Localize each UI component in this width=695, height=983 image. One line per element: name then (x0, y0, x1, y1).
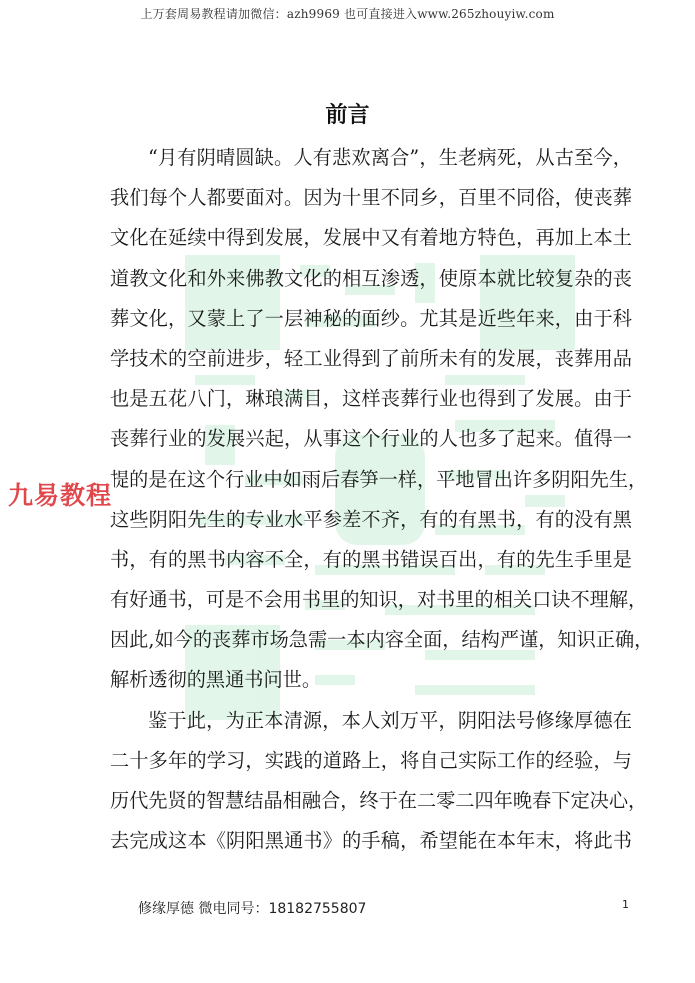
paragraph: 鉴于此，为正本清源，本人刘万平，阴阳法号修缘厚德在 二十多年的学习，实践的道路上… (110, 701, 632, 862)
paragraph: “月有阴晴圆缺。人有悲欢离合”，生老病死，从古至今， 我们每个人都要面对。因为十… (110, 138, 632, 701)
text-line: 丧葬行业的发展兴起，从事这个行业的人也多了起来。值得一 (110, 419, 632, 459)
text-line: 提的是在这个行业中如雨后春笋一样，平地冒出许多阴阳先生， (110, 460, 632, 500)
text-line: 因此,如今的丧葬市场急需一本内容全面，结构严谨，知识正确， (110, 620, 632, 660)
text-line: 有好通书，可是不会用书里的知识，对书里的相关口诀不理解， (110, 580, 632, 620)
document-body: “月有阴晴圆缺。人有悲欢离合”，生老病死，从古至今， 我们每个人都要面对。因为十… (110, 138, 632, 861)
page-title: 前言 (0, 98, 695, 129)
text-line: 道教文化和外来佛教文化的相互渗透，使原本就比较复杂的丧 (110, 259, 632, 299)
text-line: 我们每个人都要面对。因为十里不同乡，百里不同俗，使丧葬 (110, 178, 632, 218)
text-line: 葬文化，又蒙上了一层神秘的面纱。尤其是近些年来，由于科 (110, 299, 632, 339)
text-line: 这些阴阳先生的专业水平参差不齐，有的有黑书，有的没有黑 (110, 500, 632, 540)
text-line: “月有阴晴圆缺。人有悲欢离合”，生老病死，从古至今， (110, 138, 632, 178)
top-banner-ad: 上万套周易教程请加微信：azh9969 也可直接进入www.265zhouyiw… (0, 5, 695, 22)
text-line: 去完成这本《阴阳黑通书》的手稿，希望能在本年末，将此书 (110, 821, 632, 861)
footer-contact: 修缘厚德 微电同号：18182755807 (138, 898, 366, 918)
text-line: 二十多年的学习，实践的道路上，将自己实际工作的经验，与 (110, 741, 632, 781)
page-number: 1 (622, 898, 629, 911)
text-line: 也是五花八门，琳琅满目，这样丧葬行业也得到了发展。由于 (110, 379, 632, 419)
text-line: 文化在延续中得到发展，发展中又有着地方特色，再加上本土 (110, 218, 632, 258)
brand-logo: 九易教程 (6, 476, 114, 512)
text-line: 鉴于此，为正本清源，本人刘万平，阴阳法号修缘厚德在 (110, 701, 632, 741)
text-line: 学技术的空前进步，轻工业得到了前所未有的发展，丧葬用品 (110, 339, 632, 379)
text-line: 书，有的黑书内容不全，有的黑书错误百出，有的先生手里是 (110, 540, 632, 580)
text-line: 历代先贤的智慧结晶相融合，终于在二零二四年晚春下定决心， (110, 781, 632, 821)
text-line: 解析透彻的黑通书问世。 (110, 660, 632, 700)
